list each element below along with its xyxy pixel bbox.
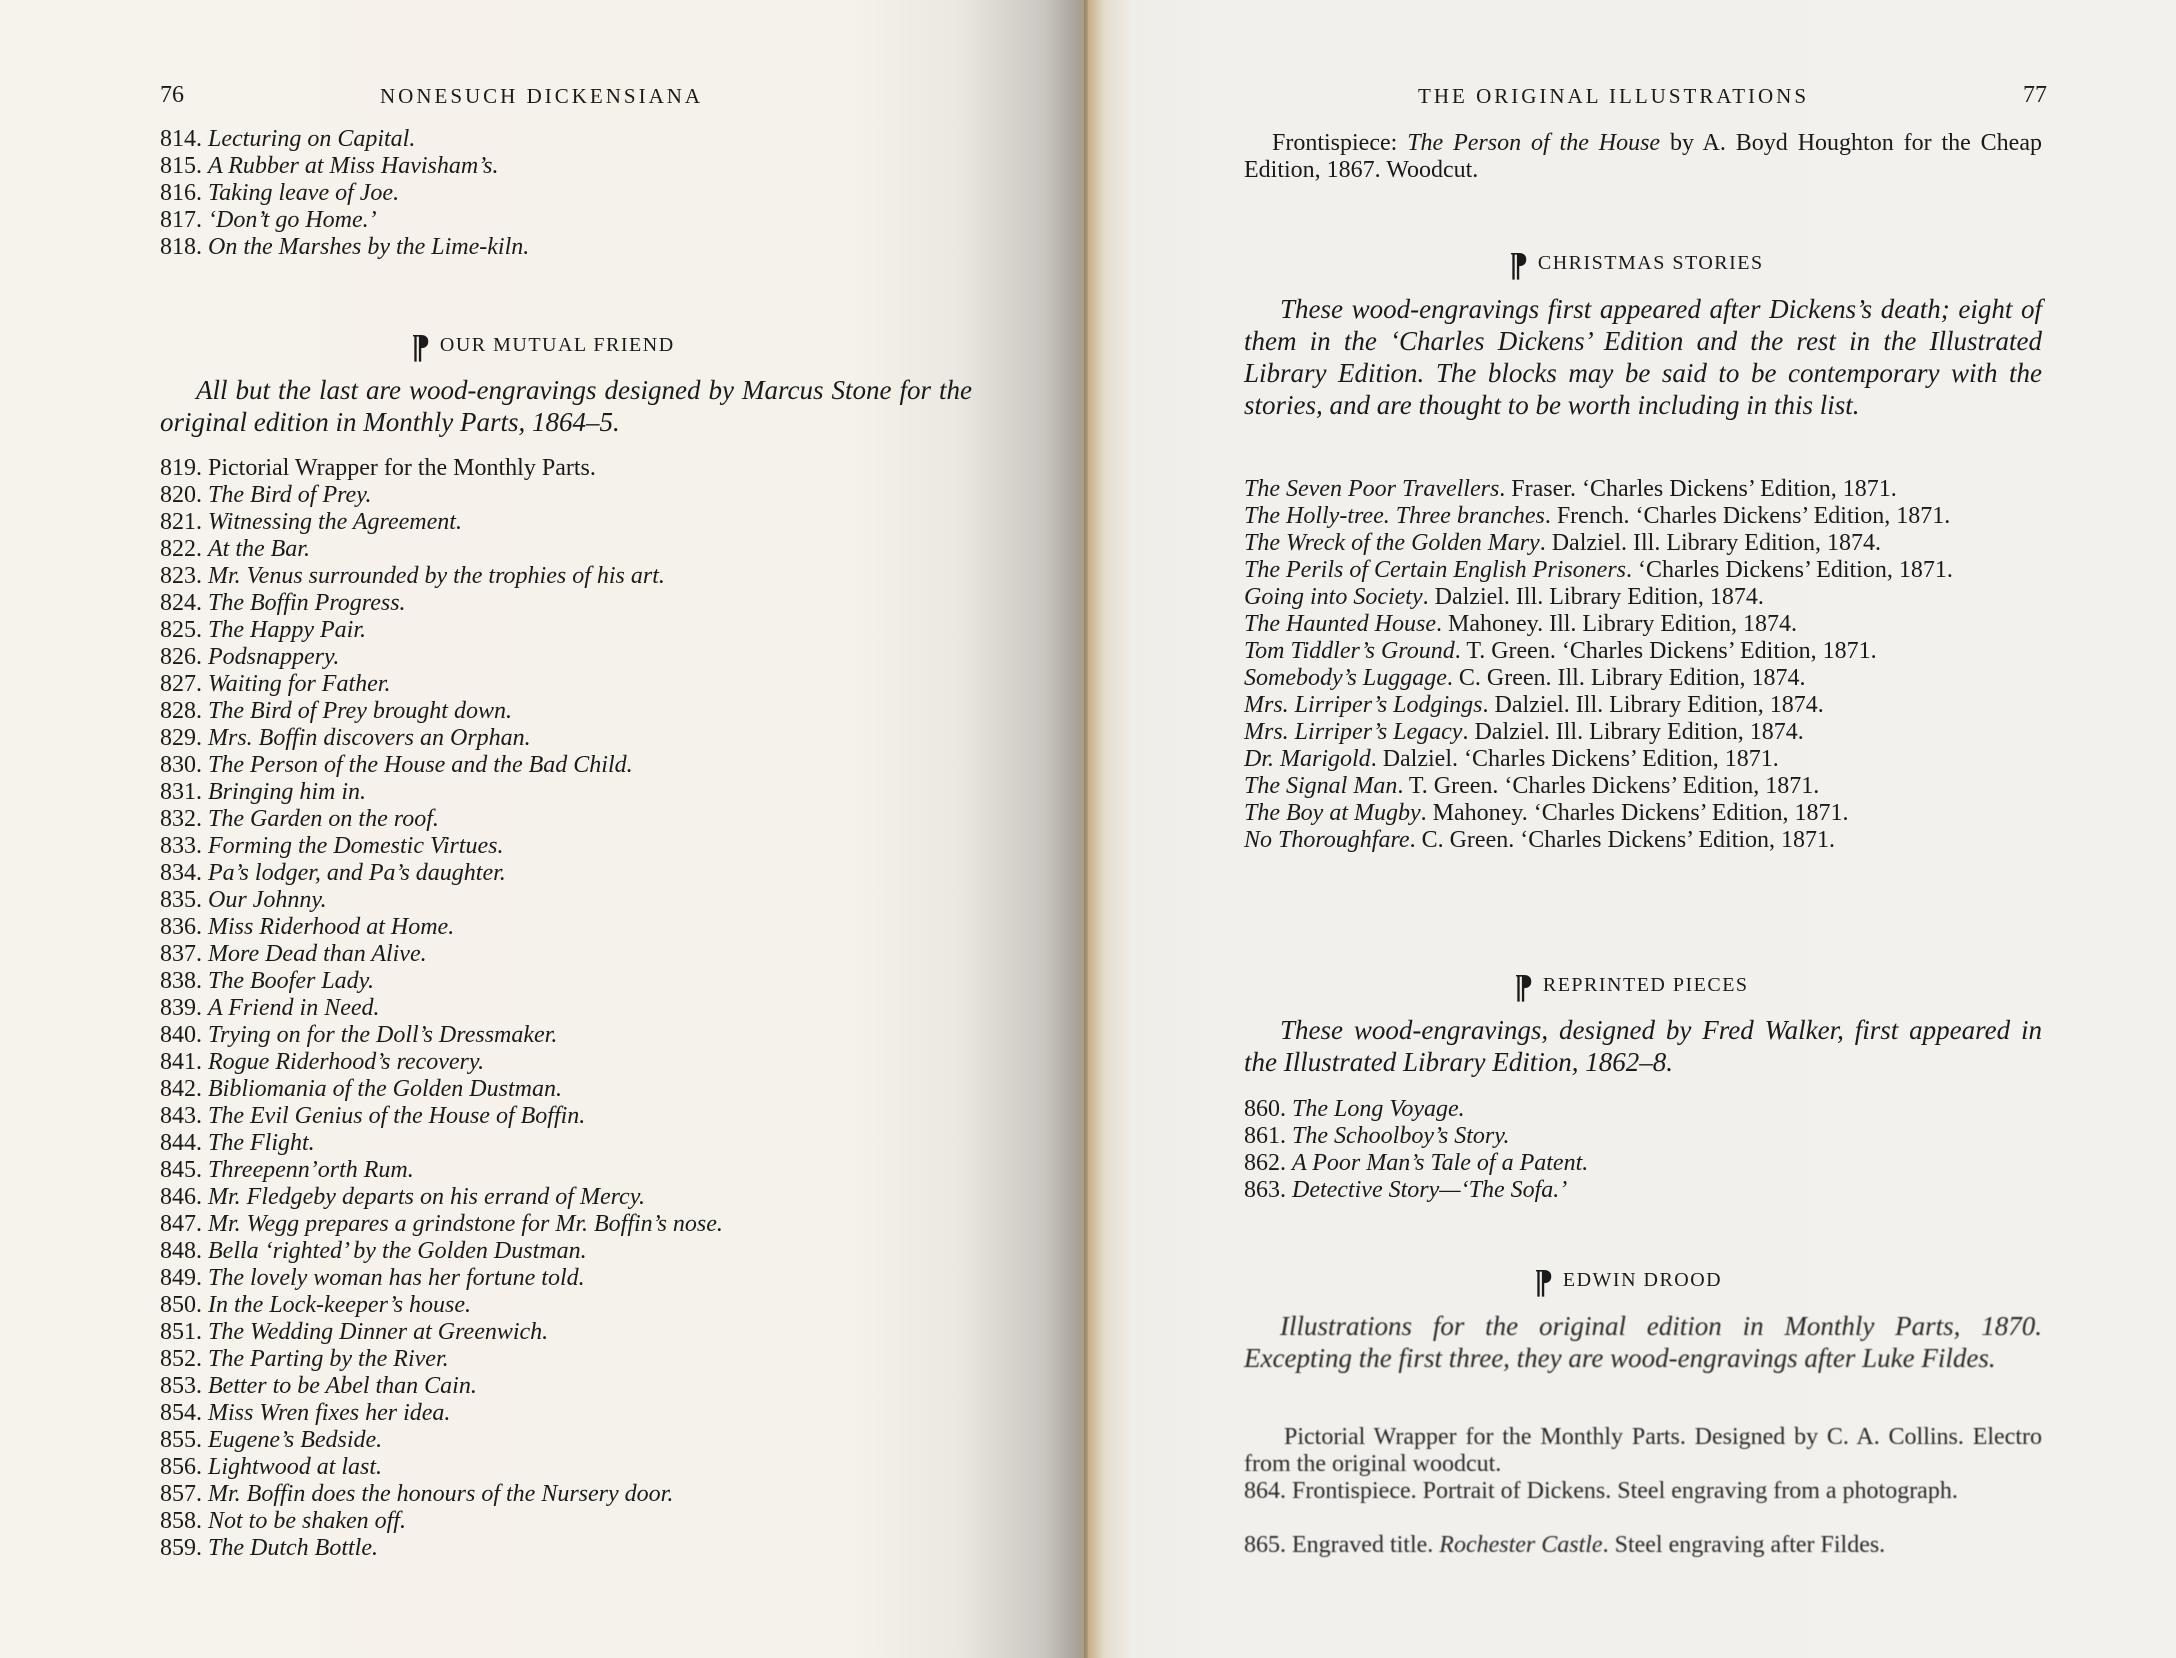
list-item: 849. The lovely woman has her fortune to… xyxy=(160,1265,723,1292)
list-item: The Seven Poor Travellers. Fraser. ‘Char… xyxy=(1244,476,2044,503)
list-item: 837. More Dead than Alive. xyxy=(160,941,723,968)
list-item: 845. Threepenn’orth Rum. xyxy=(160,1157,723,1184)
list-item: 832. The Garden on the roof. xyxy=(160,806,723,833)
illustration-list-our-mutual-friend: 819. Pictorial Wrapper for the Monthly P… xyxy=(160,455,723,1562)
list-item: 851. The Wedding Dinner at Greenwich. xyxy=(160,1319,723,1346)
list-item: 838. The Boofer Lady. xyxy=(160,968,723,995)
list-item: 815. A Rubber at Miss Havisham’s. xyxy=(160,153,529,180)
list-item: 846. Mr. Fledgeby departs on his errand … xyxy=(160,1184,723,1211)
list-item: 850. In the Lock-keeper’s house. xyxy=(160,1292,723,1319)
list-item: 860. The Long Voyage. xyxy=(1244,1096,1588,1123)
list-item: The Signal Man. T. Green. ‘Charles Dicke… xyxy=(1244,773,2044,800)
running-head-right: THE ORIGINAL ILLUSTRATIONS xyxy=(1418,84,1809,109)
edwin-drood-wrapper-note: Pictorial Wrapper for the Monthly Parts.… xyxy=(1244,1424,2042,1478)
continued-list: 814. Lecturing on Capital.815. A Rubber … xyxy=(160,126,529,261)
pilcrow-icon: ¶ xyxy=(410,328,430,366)
list-item: The Holly-tree. Three branches. French. … xyxy=(1244,503,2044,530)
list-item: 831. Bringing him in. xyxy=(160,779,723,806)
list-item: 814. Lecturing on Capital. xyxy=(160,126,529,153)
page-number-left: 76 xyxy=(160,82,184,109)
list-item: Mrs. Lirriper’s Lodgings. Dalziel. Ill. … xyxy=(1244,692,2044,719)
list-item: The Haunted House. Mahoney. Ill. Library… xyxy=(1244,611,2044,638)
list-item: 861. The Schoolboy’s Story. xyxy=(1244,1123,1588,1150)
christmas-stories-list: The Seven Poor Travellers. Fraser. ‘Char… xyxy=(1244,476,2044,854)
list-item: 829. Mrs. Boffin discovers an Orphan. xyxy=(160,725,723,752)
list-item: 833. Forming the Domestic Virtues. xyxy=(160,833,723,860)
list-item: The Wreck of the Golden Mary. Dalziel. I… xyxy=(1244,530,2044,557)
edwin-drood-intro: Illustrations for the original edition i… xyxy=(1244,1310,2042,1374)
list-item: 819. Pictorial Wrapper for the Monthly P… xyxy=(160,455,723,482)
list-item: 836. Miss Riderhood at Home. xyxy=(160,914,723,941)
list-item: Going into Society. Dalziel. Ill. Librar… xyxy=(1244,584,2044,611)
list-item: 823. Mr. Venus surrounded by the trophie… xyxy=(160,563,723,590)
list-item: 855. Eugene’s Bedside. xyxy=(160,1427,723,1454)
list-item: 841. Rogue Riderhood’s recovery. xyxy=(160,1049,723,1076)
list-item: 817. ‘Don’t go Home.’ xyxy=(160,207,529,234)
list-item: 863. Detective Story—‘The Sofa.’ xyxy=(1244,1177,1588,1204)
list-item: Somebody’s Luggage. C. Green. Ill. Libra… xyxy=(1244,665,2044,692)
list-item: 818. On the Marshes by the Lime-kiln. xyxy=(160,234,529,261)
list-item: Mrs. Lirriper’s Legacy. Dalziel. Ill. Li… xyxy=(1244,719,2044,746)
pilcrow-icon: ¶ xyxy=(1508,246,1528,284)
list-item: 820. The Bird of Prey. xyxy=(160,482,723,509)
frontispiece-note: Frontispiece: The Person of the House by… xyxy=(1244,130,2042,184)
christmas-stories-intro: These wood-engravings first appeared aft… xyxy=(1244,293,2042,421)
list-item: 826. Podsnappery. xyxy=(160,644,723,671)
list-item: 847. Mr. Wegg prepares a grindstone for … xyxy=(160,1211,723,1238)
list-item: 844. The Flight. xyxy=(160,1130,723,1157)
list-item: 834. Pa’s lodger, and Pa’s daughter. xyxy=(160,860,723,887)
list-item: 848. Bella ‘righted’ by the Golden Dustm… xyxy=(160,1238,723,1265)
list-item: 858. Not to be shaken off. xyxy=(160,1508,723,1535)
reprinted-pieces-list: 860. The Long Voyage.861. The Schoolboy’… xyxy=(1244,1096,1588,1204)
list-item: 853. Better to be Abel than Cain. xyxy=(160,1373,723,1400)
section-heading-christmas-stories: ¶CHRISTMAS STORIES xyxy=(1508,246,1764,284)
list-item: The Perils of Certain English Prisoners.… xyxy=(1244,557,2044,584)
list-item: 828. The Bird of Prey brought down. xyxy=(160,698,723,725)
list-item: 857. Mr. Boffin does the honours of the … xyxy=(160,1481,723,1508)
list-item: 835. Our Johnny. xyxy=(160,887,723,914)
book-spread: 76 NONESUCH DICKENSIANA 814. Lecturing o… xyxy=(0,0,2176,1658)
list-item: The Boy at Mugby. Mahoney. ‘Charles Dick… xyxy=(1244,800,2044,827)
list-item: 852. The Parting by the River. xyxy=(160,1346,723,1373)
list-item: Tom Tiddler’s Ground. T. Green. ‘Charles… xyxy=(1244,638,2044,665)
section-heading-edwin-drood: ¶EDWIN DROOD xyxy=(1533,1263,1722,1301)
list-item-865: 865. Engraved title. Rochester Castle. S… xyxy=(1244,1532,2042,1559)
list-item: 821. Witnessing the Agreement. xyxy=(160,509,723,536)
list-item: Dr. Marigold. Dalziel. ‘Charles Dickens’… xyxy=(1244,746,2044,773)
list-item: 856. Lightwood at last. xyxy=(160,1454,723,1481)
section-heading-our-mutual-friend: ¶OUR MUTUAL FRIEND xyxy=(410,328,675,366)
page-number-right: 77 xyxy=(2023,82,2047,109)
list-item: 839. A Friend in Need. xyxy=(160,995,723,1022)
list-item: 830. The Person of the House and the Bad… xyxy=(160,752,723,779)
section-heading-reprinted-pieces: ¶REPRINTED PIECES xyxy=(1513,968,1749,1006)
list-item-864: 864. Frontispiece. Portrait of Dickens. … xyxy=(1244,1478,2042,1505)
list-item: 822. At the Bar. xyxy=(160,536,723,563)
reprinted-pieces-intro: These wood-engravings, designed by Fred … xyxy=(1244,1014,2042,1078)
list-item: 840. Trying on for the Doll’s Dressmaker… xyxy=(160,1022,723,1049)
pilcrow-icon: ¶ xyxy=(1533,1263,1553,1301)
list-item: 816. Taking leave of Joe. xyxy=(160,180,529,207)
list-item: No Thoroughfare. C. Green. ‘Charles Dick… xyxy=(1244,827,2044,854)
list-item: 842. Bibliomania of the Golden Dustman. xyxy=(160,1076,723,1103)
pilcrow-icon: ¶ xyxy=(1513,968,1533,1006)
right-page: THE ORIGINAL ILLUSTRATIONS 77 Frontispie… xyxy=(1088,0,2176,1658)
list-item: 824. The Boffin Progress. xyxy=(160,590,723,617)
list-item: 843. The Evil Genius of the House of Bof… xyxy=(160,1103,723,1130)
list-item: 859. The Dutch Bottle. xyxy=(160,1535,723,1562)
section-intro: All but the last are wood-engravings des… xyxy=(160,374,972,438)
left-page: 76 NONESUCH DICKENSIANA 814. Lecturing o… xyxy=(0,0,1088,1658)
list-item: 827. Waiting for Father. xyxy=(160,671,723,698)
running-head-left: NONESUCH DICKENSIANA xyxy=(380,84,703,109)
list-item: 862. A Poor Man’s Tale of a Patent. xyxy=(1244,1150,1588,1177)
list-item: 854. Miss Wren fixes her idea. xyxy=(160,1400,723,1427)
list-item: 825. The Happy Pair. xyxy=(160,617,723,644)
